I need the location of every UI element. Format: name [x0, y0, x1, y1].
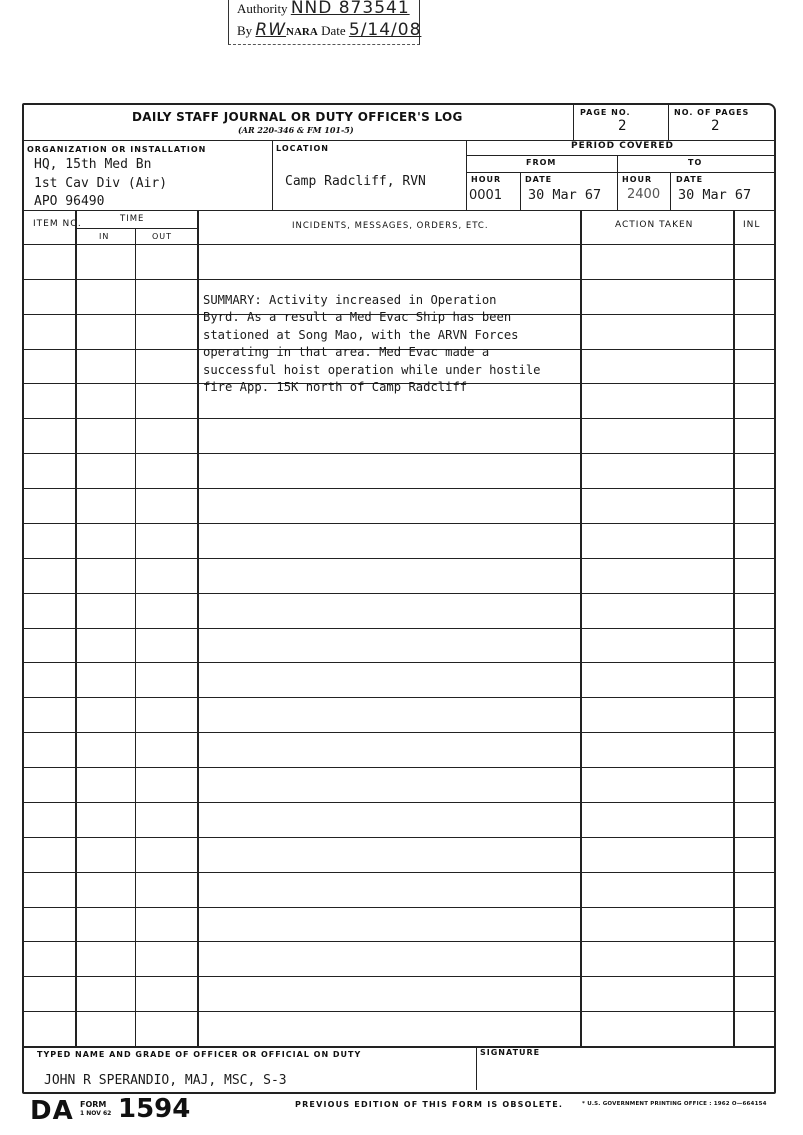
divider: [272, 140, 273, 210]
form-word: FORM: [80, 1100, 106, 1109]
table-row-divider: [22, 523, 774, 524]
form-title: DAILY STAFF JOURNAL OR DUTY OFFICER'S LO…: [132, 110, 463, 124]
table-row-divider: [22, 244, 774, 245]
form-number: 1594: [118, 1094, 190, 1124]
entry-line: SUMMARY: Activity increased in Operation: [203, 293, 497, 307]
table-row-divider: [22, 732, 774, 733]
incident-entry-text[interactable]: SUMMARY: Activity increased in Operation…: [203, 292, 541, 396]
date-value: 5/14/08: [349, 20, 422, 40]
form-subtitle: (AR 220-346 & FM 101-5): [238, 125, 354, 135]
table-row-divider: [22, 558, 774, 559]
table-row-divider: [22, 767, 774, 768]
declassification-stamp: Authority NND 873541 By RWNARA Date 5/14…: [228, 0, 420, 45]
location-value[interactable]: Camp Radcliff, RVN: [285, 174, 426, 189]
table-row-divider: [22, 976, 774, 977]
divider: [467, 172, 774, 173]
to-hour-label: HOUR: [622, 175, 652, 184]
no-of-pages-label: NO. OF PAGES: [674, 108, 749, 117]
date-label: Date: [321, 23, 346, 38]
table-row-divider: [22, 628, 774, 629]
organization-line-2[interactable]: 1st Cav Div (Air): [34, 176, 167, 191]
divider: [476, 1046, 477, 1090]
from-date-label: DATE: [525, 175, 552, 184]
form-series-da: DA: [30, 1096, 74, 1126]
organization-line-1[interactable]: HQ, 15th Med Bn: [34, 157, 151, 172]
table-row-divider: [22, 872, 774, 873]
obsolete-notice: PREVIOUS EDITION OF THIS FORM IS OBSOLET…: [295, 1100, 563, 1109]
col-incidents-label: INCIDENTS, MESSAGES, ORDERS, ETC.: [292, 221, 489, 231]
printing-office-notice: * U.S. GOVERNMENT PRINTING OFFICE : 1962…: [582, 1101, 767, 1107]
table-row-divider: [22, 802, 774, 803]
from-date-value[interactable]: 30 Mar 67: [528, 187, 601, 203]
col-action-taken-label: ACTION TAKEN: [615, 220, 693, 230]
table-row-divider: [22, 907, 774, 908]
officer-name-value[interactable]: JOHN R SPERANDIO, MAJ, MSC, S-3: [44, 1073, 287, 1088]
divider: [22, 1046, 774, 1048]
signature-field[interactable]: [480, 1060, 770, 1088]
table-row-divider: [22, 279, 774, 280]
by-initials: RW: [255, 20, 286, 40]
divider: [668, 103, 669, 140]
entry-line: Byrd. As a result a Med Evac Ship has be…: [203, 310, 511, 324]
form-label: FORM1 NOV 62: [80, 1101, 111, 1118]
table-row-divider: [22, 488, 774, 489]
table-row-divider: [22, 1011, 774, 1012]
by-label: By: [237, 23, 252, 38]
table-row-divider: [22, 941, 774, 942]
authority-value: NND 873541: [291, 0, 410, 18]
to-label: TO: [688, 158, 702, 167]
from-hour-value[interactable]: 0001: [469, 188, 502, 203]
to-hour-value[interactable]: 2400: [627, 187, 660, 202]
table-row-divider: [22, 837, 774, 838]
entry-line: successful hoist operation while under h…: [203, 363, 541, 377]
entry-line: stationed at Song Mao, with the ARVN For…: [203, 328, 519, 342]
form-date: 1 NOV 62: [80, 1110, 111, 1117]
organization-label: ORGANIZATION OR INSTALLATION: [27, 145, 206, 154]
officer-label: TYPED NAME AND GRADE OF OFFICER OR OFFIC…: [37, 1050, 361, 1059]
page-no-label: PAGE NO.: [580, 108, 631, 117]
col-time-out-label: OUT: [152, 232, 172, 241]
divider: [76, 228, 197, 229]
signature-label: SIGNATURE: [480, 1048, 540, 1057]
to-date-value[interactable]: 30 Mar 67: [678, 187, 751, 203]
period-covered-label: PERIOD COVERED: [571, 141, 674, 151]
page-no-value[interactable]: 2: [618, 118, 626, 134]
divider: [467, 155, 774, 156]
divider: [617, 155, 618, 210]
divider: [22, 210, 774, 211]
entry-line: fire App. 15K north of Camp Radcliff: [203, 380, 467, 394]
col-time-in-label: IN: [99, 232, 109, 241]
divider: [573, 103, 574, 140]
col-divider-in-out: [135, 228, 136, 1046]
divider: [520, 172, 521, 210]
divider: [670, 172, 671, 210]
location-label: LOCATION: [276, 144, 329, 153]
table-row-divider: [22, 662, 774, 663]
nara-label: NARA: [286, 26, 318, 38]
col-time-label: TIME: [120, 214, 144, 224]
col-inl-label: INL: [743, 220, 760, 230]
no-of-pages-value[interactable]: 2: [711, 118, 719, 134]
entry-line: operating in that area. Med Evac made a: [203, 345, 489, 359]
authority-label: Authority: [237, 1, 288, 16]
organization-line-3[interactable]: APO 96490: [34, 194, 104, 209]
from-label: FROM: [526, 158, 556, 167]
table-row-divider: [22, 593, 774, 594]
from-hour-label: HOUR: [471, 175, 501, 184]
table-row-divider: [22, 418, 774, 419]
divider: [466, 140, 467, 210]
to-date-label: DATE: [676, 175, 703, 184]
table-row-divider: [22, 453, 774, 454]
table-row-divider: [22, 697, 774, 698]
